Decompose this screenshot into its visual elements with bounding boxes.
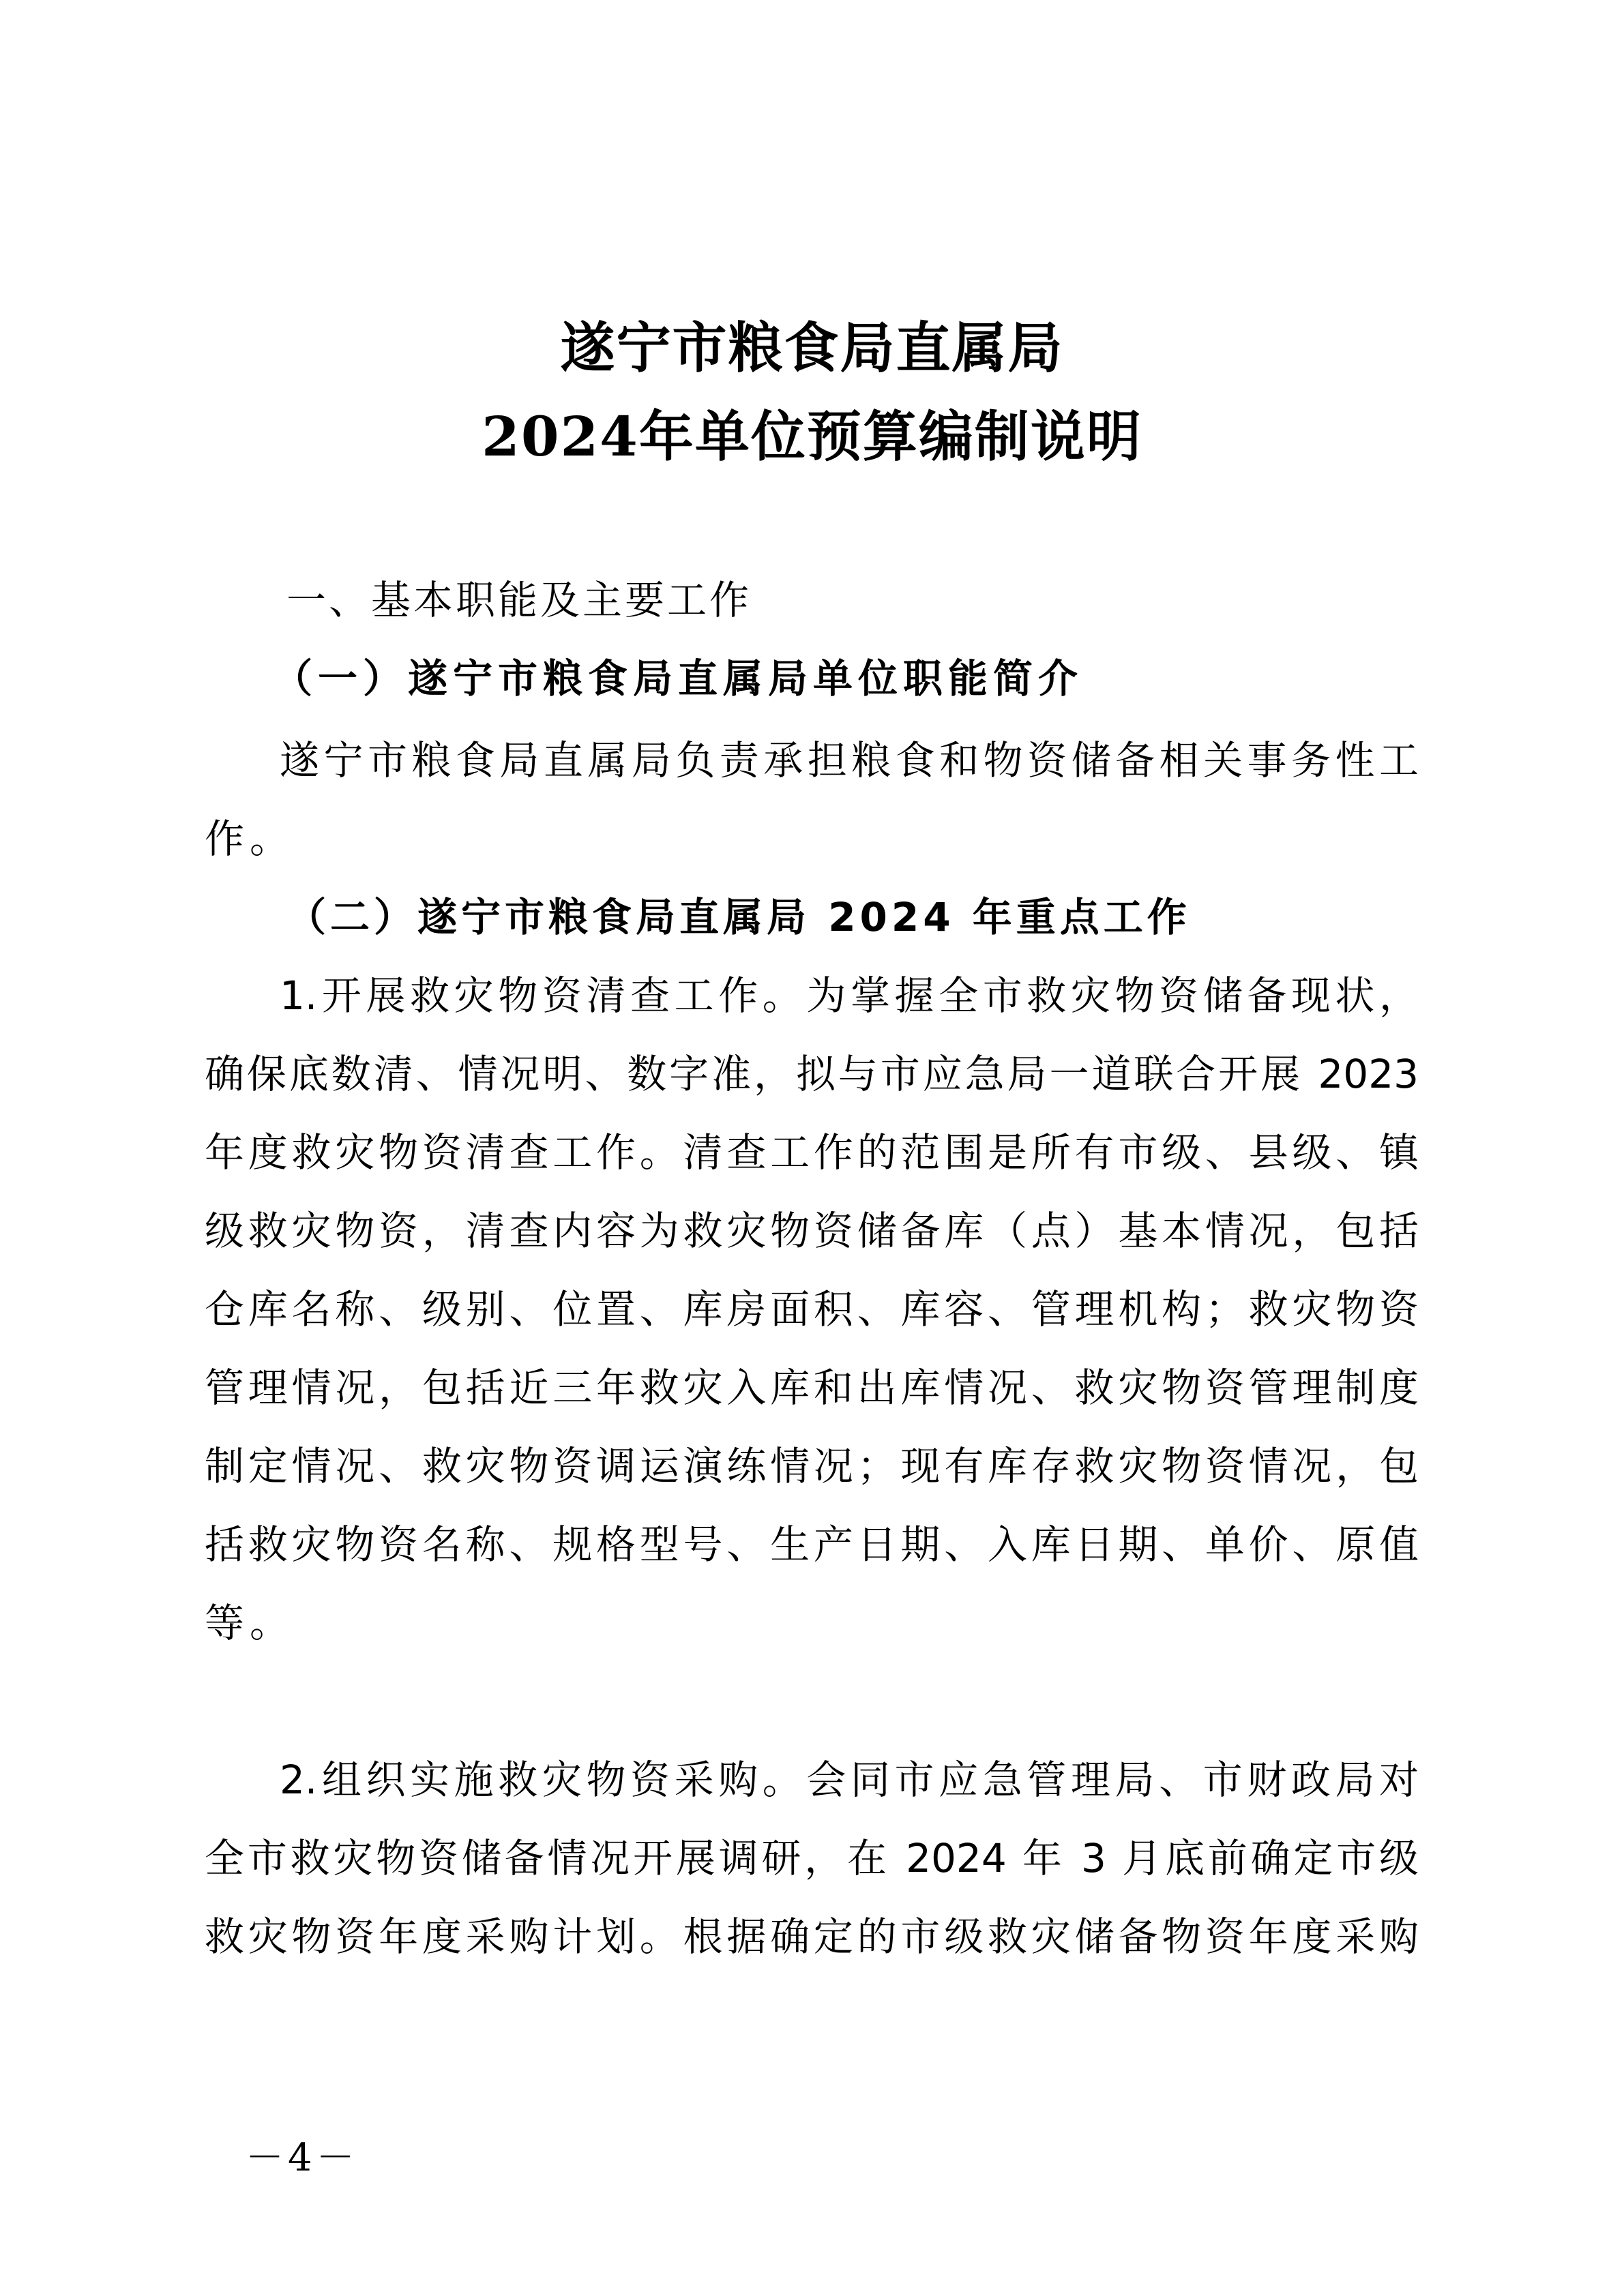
paragraph-line: 全市救灾物资储备情况开展调研，在 2024 年 3 月底前确定市级: [205, 1831, 1419, 1885]
document-page: 遂宁市粮食局直属局 2024年单位预算编制说明 一、基本职能及主要工作 （一）遂…: [0, 0, 1624, 2296]
paragraph-line: 级救灾物资，清查内容为救灾物资储备库（点）基本情况，包括: [205, 1204, 1419, 1258]
paragraph-line: 救灾物资年度采购计划。根据确定的市级救灾储备物资年度采购: [205, 1909, 1419, 1964]
document-title-line1: 遂宁市粮食局直属局: [0, 314, 1624, 382]
paragraph-line: 1.开展救灾物资清查工作。为掌握全市救灾物资储备现状，: [280, 968, 1419, 1023]
paragraph-line: 年度救灾物资清查工作。清查工作的范围是所有市级、县级、镇: [205, 1125, 1419, 1180]
section-heading-basic-functions: 一、基本职能及主要工作: [286, 573, 1507, 627]
paragraph-line: 2.组织实施救灾物资采购。会同市应急管理局、市财政局对: [280, 1753, 1419, 1807]
subsection-heading-unit-functions: （一）遂宁市粮食局直属局单位职能简介: [273, 651, 1494, 706]
paragraph-line: 确保底数清、情况明、数字准，拟与市应急局一道联合开展 2023: [205, 1047, 1419, 1101]
paragraph-line: 括救灾物资名称、规格型号、生产日期、入库日期、单价、原值: [205, 1517, 1419, 1572]
paragraph-line: 作。: [205, 811, 1426, 866]
paragraph-line: 管理情况，包括近三年救灾入库和出库情况、救灾物资管理制度: [205, 1360, 1419, 1415]
paragraph-line: 等。: [205, 1596, 1426, 1650]
paragraph-line: 制定情况、救灾物资调运演练情况；现有库存救灾物资情况，包: [205, 1439, 1419, 1493]
page-number: －4－: [246, 2134, 359, 2182]
paragraph-line: 遂宁市粮食局直属局负责承担粮食和物资储备相关事务性工: [280, 733, 1419, 788]
subsection-heading-key-work: （二）遂宁市粮食局直属局 2024 年重点工作: [286, 890, 1507, 944]
document-title-line2: 2024年单位预算编制说明: [0, 402, 1624, 471]
paragraph-line: 仓库名称、级别、位置、库房面积、库容、管理机构；救灾物资: [205, 1282, 1419, 1337]
